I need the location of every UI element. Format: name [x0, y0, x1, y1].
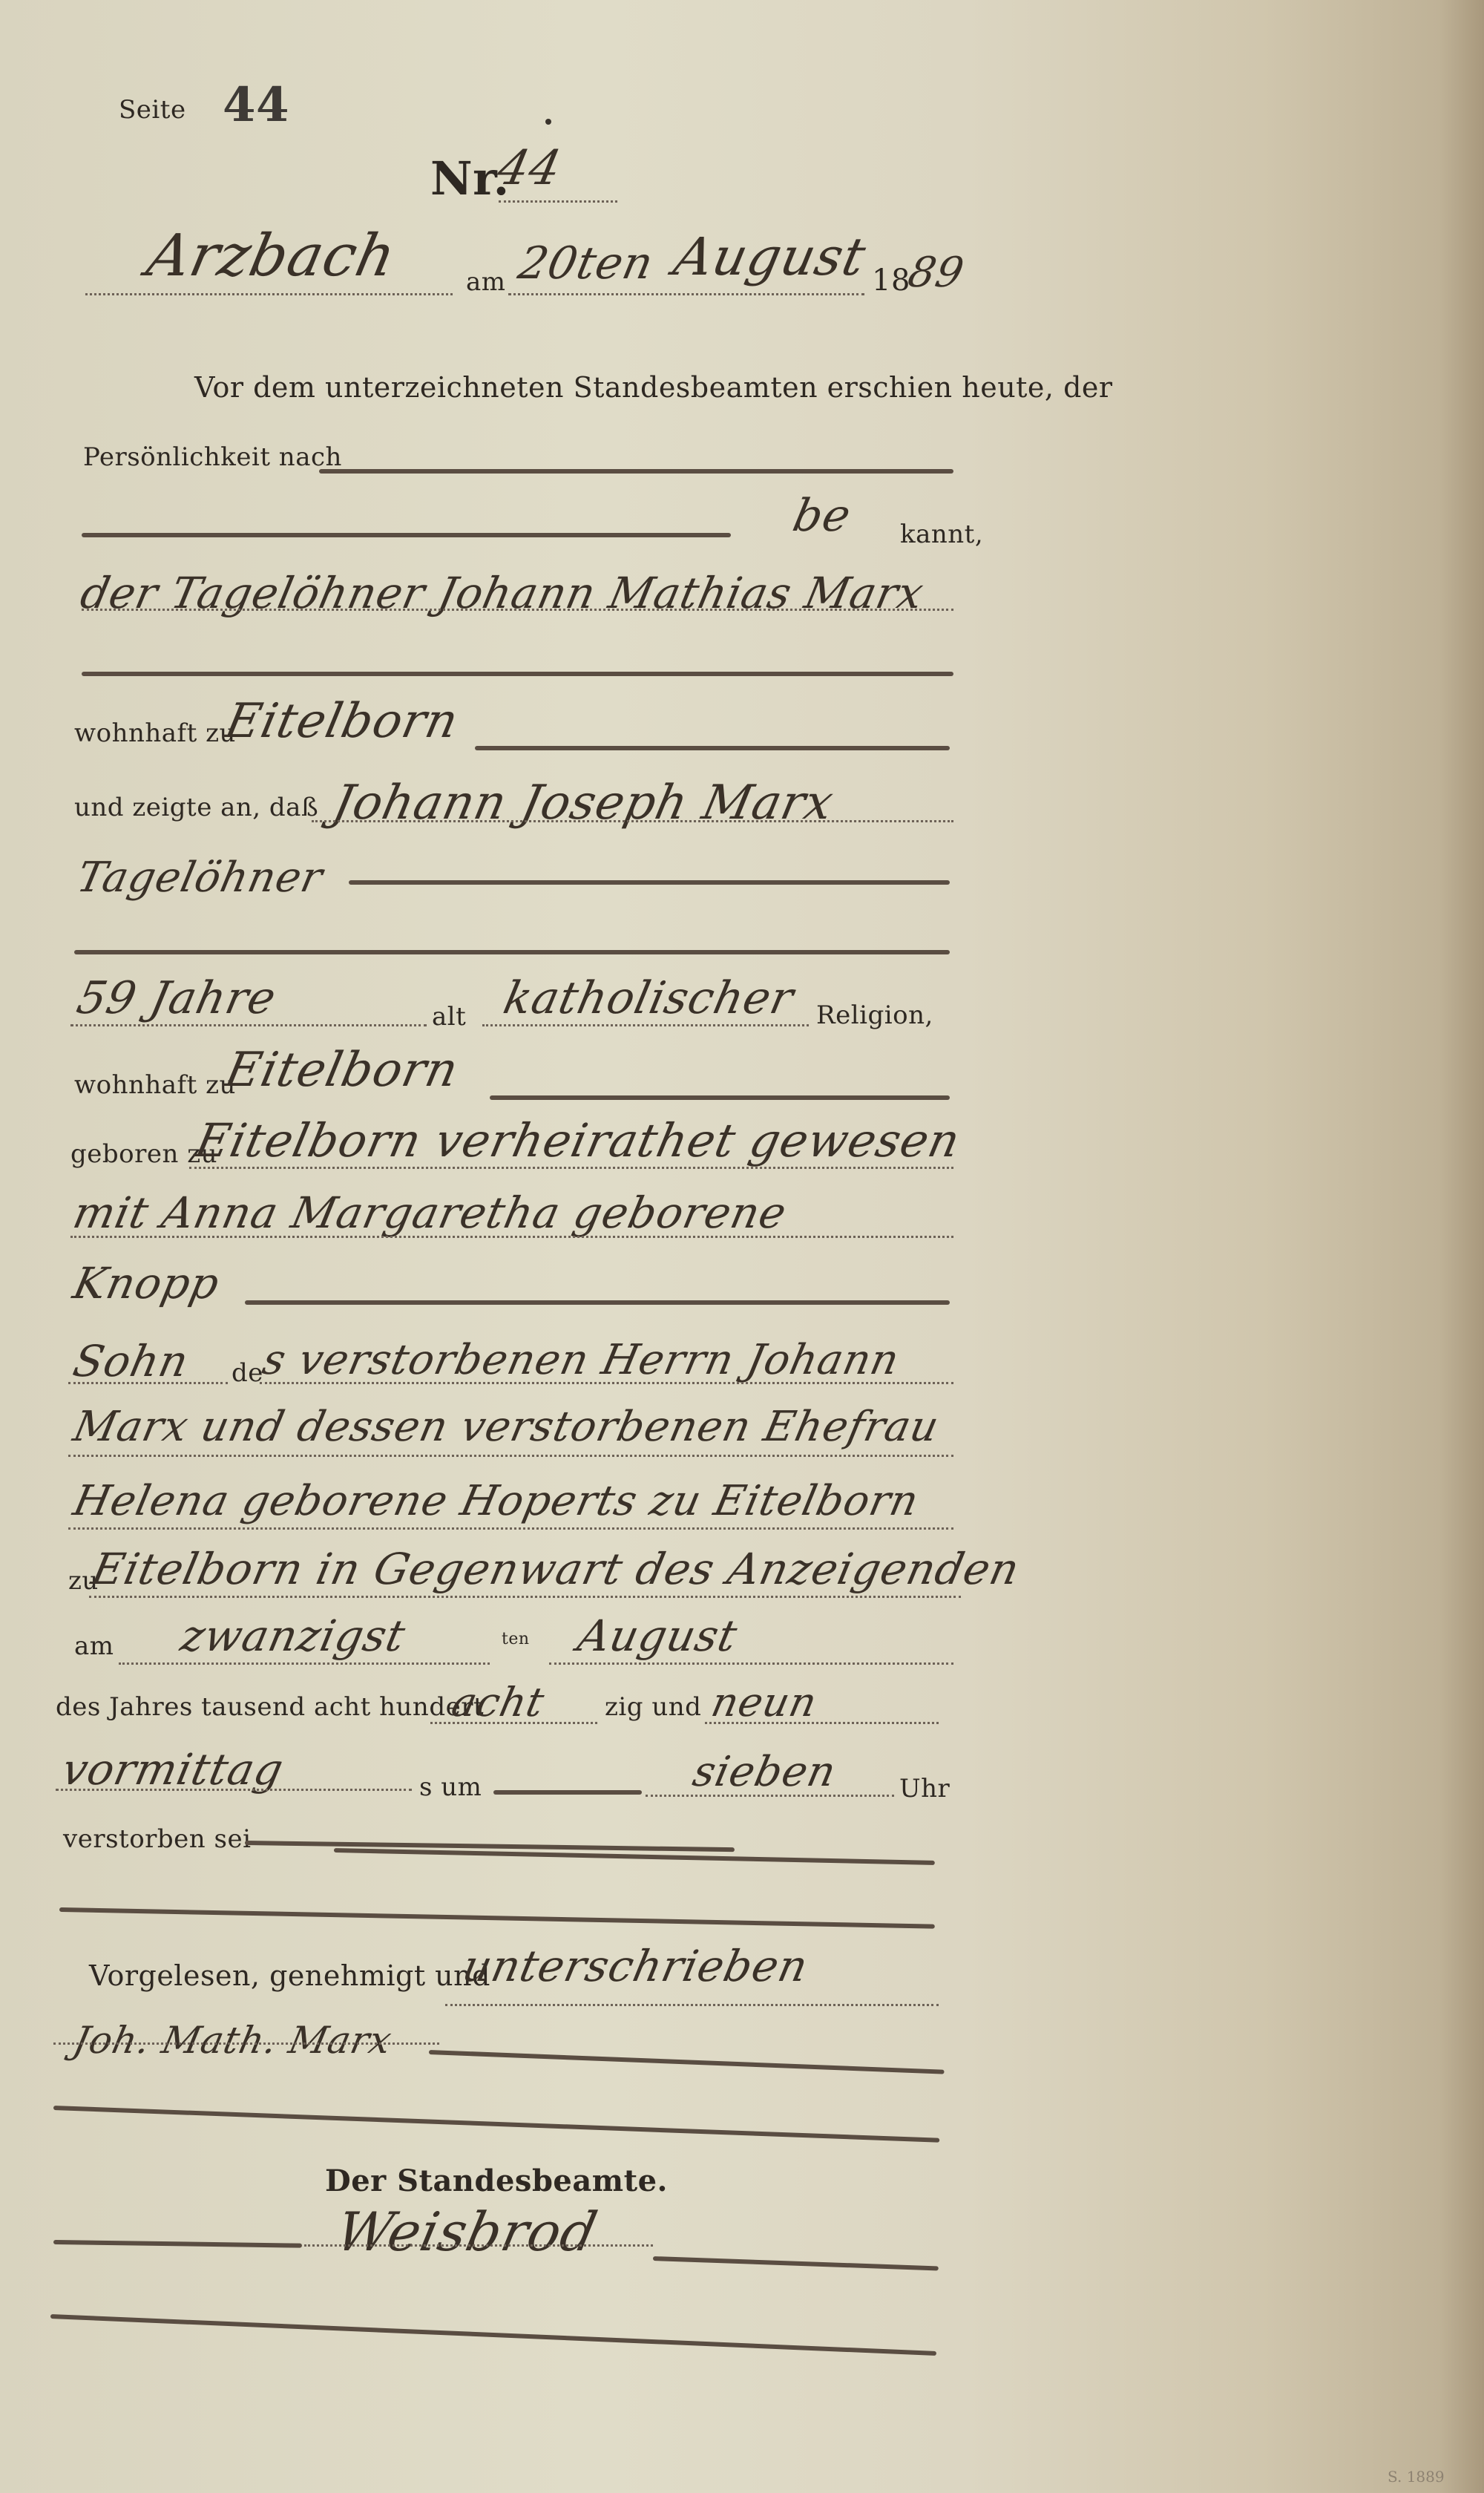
ten-label: ten [502, 1630, 530, 1648]
death-place-underline [89, 1596, 961, 1598]
blank-fill-line-2 [74, 950, 950, 954]
blank-fill-line-3 [59, 1907, 935, 1929]
corner-mark: S. 1889 [1388, 2468, 1445, 2486]
unit-value: neun [707, 1679, 821, 1726]
age-value: 59 Jahre [73, 972, 281, 1024]
informant-signature: Joh. Math. Marx [70, 2019, 396, 2062]
year-label: des Jahres tausend acht hundert [56, 1692, 484, 1722]
blank-fill-line-4 [53, 2106, 939, 2143]
intro-text: Vor dem unterzeichneten Standesbeamten e… [194, 371, 1113, 404]
death-day-underline [119, 1662, 490, 1665]
informant-underline [82, 609, 953, 611]
alt-label: alt [432, 1002, 466, 1032]
blank-fill-line-1 [82, 672, 953, 676]
registrar-fill-line-left [53, 2240, 302, 2248]
place-value: Arzbach [141, 223, 401, 289]
sohn-value: Sohn [69, 1336, 194, 1386]
place-underline [85, 293, 453, 295]
death-day: zwanzigst [177, 1611, 410, 1661]
zig-label: zig und [605, 1692, 701, 1722]
informant-signature-underline [53, 2042, 439, 2045]
verstorben-strike-line [245, 1841, 735, 1852]
religion-underline [482, 1024, 809, 1026]
parents-line-3: Helena geborene Hoperts zu Eitelborn [69, 1477, 923, 1525]
zeigte-label: und zeigte an, daß [74, 793, 318, 822]
deceased-occupation: Tagelöhner [73, 854, 327, 902]
vorgelesen-label: Vorgelesen, genehmigt und [89, 1959, 490, 1992]
geboren-value-3: Knopp [69, 1258, 224, 1308]
sohn-underline [68, 1382, 228, 1384]
entry-number: 44 [493, 141, 566, 196]
register-page: Seite 44 Nr. 44 Arzbach am 20ten August … [0, 0, 1484, 2493]
verstorben-fill-line [334, 1848, 935, 1865]
registrar-signature-underline [304, 2244, 653, 2247]
bekannt-printed: kannt, [900, 520, 983, 549]
death-place: Eitelborn in Gegenwart des Anzeigenden [88, 1544, 1025, 1594]
daytime-value: vormittag [58, 1744, 289, 1795]
parents-underline-3 [68, 1527, 953, 1530]
persoenlichkeit-label: Persönlichkeit nach [83, 442, 342, 472]
geboren-fill-line [245, 1300, 950, 1305]
wohnhaft-value-1: Eitelborn [220, 694, 463, 749]
hour-underline [646, 1795, 894, 1797]
wohnhaft-fill-line-2 [490, 1095, 950, 1100]
unit-underline [705, 1722, 939, 1724]
s-um-label: s um [419, 1772, 482, 1802]
am-label-2: am [74, 1631, 114, 1661]
occupation-fill-line [349, 880, 950, 885]
wohnhaft-label-2: wohnhaft zu [74, 1070, 236, 1100]
hour-dash [493, 1790, 642, 1795]
entry-number-underline [499, 200, 617, 203]
religion-label: Religion, [816, 1000, 933, 1030]
registrar-fill-line-right [653, 2256, 939, 2270]
wohnhaft-value-2: Eitelborn [220, 1043, 463, 1098]
informant-fill-line [429, 2050, 945, 2074]
vorgelesen-value: unterschrieben [459, 1941, 813, 1991]
age-underline [70, 1024, 427, 1026]
decade-underline [430, 1722, 597, 1724]
hour-value: sieben [689, 1748, 841, 1796]
ink-dot [545, 119, 551, 125]
parents-underline-1 [260, 1382, 953, 1384]
verstorben-label: verstorben sei [63, 1824, 251, 1854]
wohnhaft-label-1: wohnhaft zu [74, 718, 236, 748]
am-label: am [466, 267, 506, 297]
page-number: 44 [223, 77, 289, 133]
geboren-value-1: Eitelborn verheirathet gewesen [191, 1113, 965, 1167]
parents-line-1: s verstorbenen Herrn Johann [258, 1336, 904, 1384]
registrar-title: Der Standesbeamte. [325, 2163, 668, 2198]
geboren-underline-2 [70, 1236, 953, 1238]
decade-value: acht [447, 1679, 548, 1726]
parents-line-2: Marx und dessen verstorbenen Ehefrau [69, 1403, 943, 1451]
persoenlichkeit-fill-line [319, 469, 953, 474]
deceased-underline [312, 820, 953, 822]
wohnhaft-fill-line-1 [475, 746, 950, 750]
daytime-underline [56, 1789, 412, 1791]
date-day: 20ten [514, 237, 658, 289]
vorgelesen-underline [445, 2004, 939, 2006]
closing-fill-line [50, 2314, 936, 2356]
religion-value: katholischer [499, 972, 799, 1024]
geboren-value-2: mit Anna Margaretha geborene [69, 1187, 792, 1238]
bekannt-written: be [789, 490, 856, 542]
parents-underline-2 [68, 1455, 953, 1457]
date-underline [508, 293, 864, 295]
uhr-label: Uhr [899, 1774, 950, 1804]
bekannt-fill-line [82, 533, 731, 537]
death-month-underline [549, 1662, 953, 1665]
date-month: August [669, 226, 871, 287]
registrar-signature: Weisbrod [331, 2201, 603, 2263]
death-month: August [574, 1611, 742, 1661]
year-written: 89 [904, 249, 968, 297]
geboren-underline-1 [189, 1167, 953, 1169]
page-label: Seite [119, 95, 186, 125]
